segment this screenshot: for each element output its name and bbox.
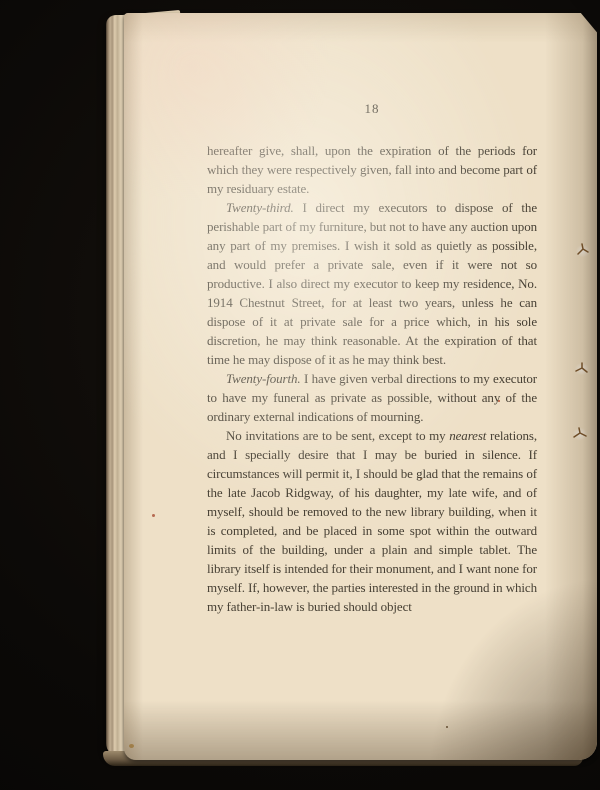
book-page: 18 hereafter give, shall, upon the expir… <box>124 13 597 760</box>
paragraph-twenty-third: Twenty-third. I direct my executors to d… <box>207 198 537 369</box>
paper-speck <box>446 726 448 728</box>
photo-background: 18 hereafter give, shall, upon the expir… <box>0 0 600 790</box>
paragraph-text: relations, and I specially desire that I… <box>207 428 537 614</box>
clause-label-twenty-third: Twenty-third. <box>226 200 294 215</box>
paragraph-continued: hereafter give, shall, upon the expirati… <box>207 141 537 198</box>
page-text-block: 18 hereafter give, shall, upon the expir… <box>207 99 537 616</box>
paragraph-twenty-fourth: Twenty-fourth. I have given verbal direc… <box>207 369 537 426</box>
paragraph-text: hereafter give, shall, upon the expirati… <box>207 143 537 196</box>
paper-flaw-icon <box>573 242 593 260</box>
paragraph-text: I direct my executors to dispose of the … <box>207 200 537 367</box>
page-corner-shadow <box>570 0 600 36</box>
clause-label-twenty-fourth: Twenty-fourth. <box>226 371 301 386</box>
paper-stain <box>129 744 134 748</box>
paper-speck <box>420 478 422 480</box>
paper-speck <box>152 514 155 517</box>
paper-flaw-icon <box>572 360 592 378</box>
paragraph-no-invitations: No invitations are to be sent, except to… <box>207 426 537 616</box>
emphasized-word: nearest <box>449 428 486 443</box>
paragraph-text: No invitations are to be sent, except to… <box>226 428 449 443</box>
paper-flaw-icon <box>570 425 590 443</box>
page-number: 18 <box>207 99 537 118</box>
paper-speck <box>498 400 500 402</box>
